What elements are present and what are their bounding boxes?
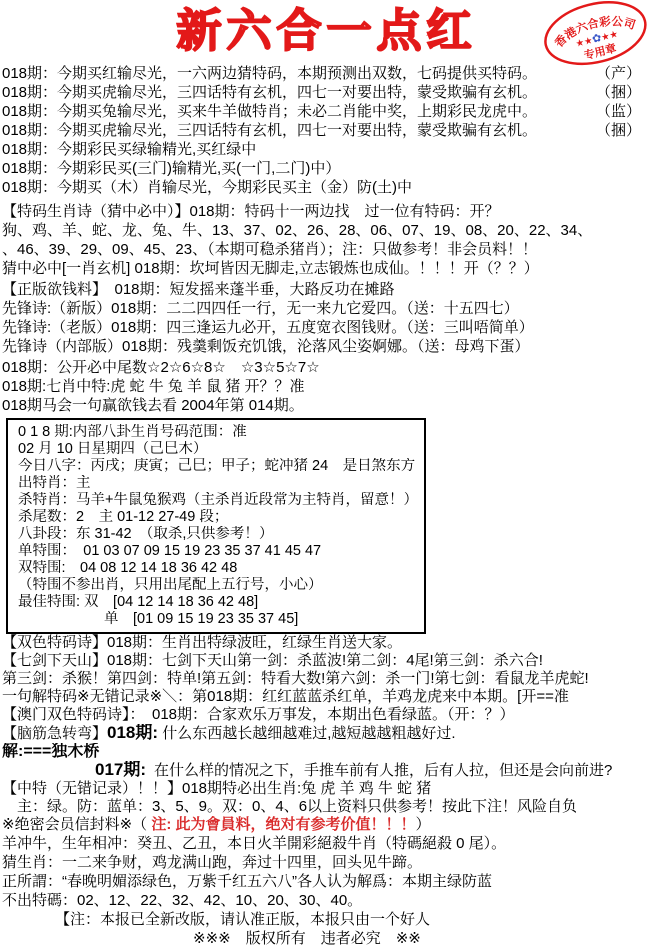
box-line: 最佳特围: 双 [04 12 14 18 36 42 48] <box>16 594 418 611</box>
text-line: 【中特（无错记录）！！】018期特必出生肖:兔 虎 羊 鸡 牛 蛇 猪 <box>0 780 653 798</box>
question-17-line: 017期:在什么样的情况之下，手推车前有人推，后有人拉，但还是会向前进? <box>0 761 653 780</box>
text-line: 一句解特码※无错记录※＼：第018期：红红蓝蓝杀红单，羊鸡龙虎来中本期。[开==… <box>0 688 653 706</box>
box-line: 杀特肖：马羊+牛鼠兔猴鸡（主杀肖近段常为主特肖，留意！） <box>16 492 418 509</box>
text-line: 018期马会一句赢欲钱去看 2004年第 014期。 <box>0 396 653 415</box>
brain-teaser-line: 【脑筋急转弯】018期: 什么东西越长越细越难过,越短越越粗越好过. <box>0 724 653 743</box>
box-line: 0 1 8 期:内部八卦生肖号码范围：准 <box>16 424 418 441</box>
text-line: 【正版欲钱料】 018期：短发摇来蓬半垂，大路反功在摊路 <box>0 280 653 299</box>
bagua-info-box: 0 1 8 期:内部八卦生肖号码范围：准 02 月 10 日星期四（己巳木） 今… <box>6 418 426 634</box>
box-line: 单 [01 09 15 19 23 35 37 45] <box>16 611 418 628</box>
answer-line: 解:===独木桥 <box>0 743 653 761</box>
zodiac-section: 羊冲牛，生年相冲：癸丑、乙丑，本日火羊開彩絕殺牛肖（特碼絕殺 0 尾）。 猜生肖… <box>0 834 653 948</box>
newspaper-page: 新六合一点红 香港六合彩公司 ★★✿★★ 专用章 018期：今期买红输尽光，一六… <box>0 0 653 951</box>
text-line: 018期：今期买（木）肖输尽光，今期彩民买主（金）防(土)中 <box>0 178 653 197</box>
q17-issue: 017期: <box>95 761 146 779</box>
tip-line: 018期：今期买兔输尽光，买来牛羊做特肖；未必二肖能中奖，上期彩民龙虎中。 （监… <box>0 102 653 121</box>
tip-text: 018期：今期买虎输尽光，三四话特有玄机，四七一对要出特，蒙受欺骗有玄机。 <box>2 83 537 102</box>
tip-line: 018期：今期买虎输尽光，三四话特有玄机，四七一对要出特，蒙受欺骗有玄机。 （捆… <box>0 121 653 140</box>
text-line: 主：绿。防：蓝单：3、5、9。双：0、4、6以上资料只供参考！按此下注！风险自负 <box>0 798 653 816</box>
text-line: 【七剑下天山】018期：七剑下天山第一剑：杀蓝波!第二剑：4尾!第三剑：杀六合! <box>0 652 653 670</box>
text-line: 018期：今期彩民买绿输精光,买红绿中 <box>0 140 653 159</box>
stars-right-icon: ★★ <box>600 29 619 44</box>
member-suffix: ） <box>415 816 430 833</box>
text-line: 先锋诗:（新版）018期：二二四四任一行，无一来九它爱四。（送：十五四七） <box>0 299 653 318</box>
text-line: 018期：今期彩民买(三门)输精光,买(一门,二门)中） <box>0 159 653 178</box>
tip-tag: （捆） <box>596 121 653 140</box>
text-line: 正所謂：“春晚明媚添绿色，万紫千红五六八”各人认为解爲：本期主绿防蓝 <box>0 872 653 891</box>
member-prefix: ※绝密会员信封料※（ <box>2 816 151 833</box>
tip-line: 018期：今期买虎输尽光，三四话特有玄机，四七一对要出特，蒙受欺骗有玄机。 （捆… <box>0 83 653 102</box>
tip-text: 018期：今期买红输尽光，一六两边猜特码，本期预测出双数，七码提供买特码。 <box>2 64 537 83</box>
text-line: 【双色特码诗】018期：生肖出特绿波旺，红绿生肖送大家。 <box>0 634 653 652</box>
brain-text: 什么东西越长越细越难过,越短越越粗越好过. <box>158 725 456 742</box>
box-line: （特围不参出肖，只用出尾配上五行号，小心） <box>16 577 418 594</box>
box-line: 杀尾数：2 主 01-12 27-49 段； <box>16 509 418 526</box>
box-line: 八卦段：东 31-42 （取杀,只供参考！） <box>16 526 418 543</box>
q17-text: 在什么样的情况之下，手推车前有人推，后有人拉，但还是会向前进? <box>154 762 612 779</box>
brain-issue: 018期: <box>107 724 158 742</box>
tip-text: 018期：今期买虎输尽光，三四话特有玄机，四七一对要出特，蒙受欺骗有玄机。 <box>2 121 537 140</box>
text-line: 018期:七肖中特:虎 蛇 牛 兔 羊 鼠 猪 开？？准 <box>0 377 653 396</box>
text-line: 第三剑：杀猴！第四剑：特单!第五剑：特看大数!第六剑：杀一门!第七剑：看鼠龙羊虎… <box>0 670 653 688</box>
member-highlight: 注: 此为會員料，绝对有参考价值！！！ <box>151 816 415 833</box>
text-line: 【澳门双色特码诗】： 018期：合家欢乐万事发，本期出色看绿蓝。（开：？） <box>0 706 653 724</box>
member-material-line: ※绝密会员信封料※（ 注: 此为會員料，绝对有参考价值！！！） <box>0 816 653 834</box>
poems-section: 018期：今期彩民买绿输精光,买红绿中 018期：今期彩民买(三门)输精光,买(… <box>0 140 653 415</box>
header: 新六合一点红 香港六合彩公司 ★★✿★★ 专用章 <box>0 0 653 64</box>
footer-note: 【注：本报已全新改版，请认准正版，本报只由一个好人 <box>0 910 653 929</box>
text-line: 不出特碼：02、12、22、32、42、10、20、30、40。 <box>0 891 653 910</box>
text-line: 先锋诗:（老版）018期：四三逢运九必开，五度宽衣图钱财。（送：三叫唔简单） <box>0 318 653 337</box>
text-line: 猜中必中[一肖玄机] 018期：坎坷皆因无脚走,立志锻炼也成仙。！！！开（？？） <box>0 259 653 278</box>
text-line: 018期：公开必中尾数☆2☆6☆8☆ ☆3☆5☆7☆ <box>0 358 653 377</box>
text-line: 【特码生肖诗（猜中必中）】018期：特码十一两边找 过一位有特码：开？ <box>0 202 653 221</box>
sword-section: 【双色特码诗】018期：生肖出特绿波旺，红绿生肖送大家。 【七剑下天山】018期… <box>0 634 653 834</box>
tip-text: 018期：今期买兔输尽光，买来牛羊做特肖；未必二肖能中奖，上期彩民龙虎中。 <box>2 102 537 121</box>
text-line: 狗、鸡、羊、蛇、龙、兔、牛、13、37、02、26、28、06、07、19、08… <box>0 221 653 240</box>
box-line: 出特肖：主 <box>16 475 418 492</box>
footer-copyright: ※※※ 版权所有 违者必究 ※※ <box>0 929 653 948</box>
text-line: 猜生肖：一二来争财，鸡龙满山跑，奔过十四里，回头见牛蹄。 <box>0 853 653 872</box>
box-line: 今日八字：丙戌；庚寅；己巳；甲子；蛇冲猪 24 是日煞东方 <box>16 458 418 475</box>
tip-tag: （捆） <box>596 83 653 102</box>
text-line: 、46、39、29、09、45、23、（本期可稳杀猪肖）；注：只做参考！非会员料… <box>0 240 653 259</box>
box-line: 单特围： 01 03 07 09 15 19 23 35 37 41 45 47 <box>16 543 418 560</box>
tip-tag: （监） <box>596 102 653 121</box>
box-line: 02 月 10 日星期四（己巳木） <box>16 441 418 458</box>
text-line: 羊冲牛，生年相冲：癸丑、乙丑，本日火羊開彩絕殺牛肖（特碼絕殺 0 尾）。 <box>0 834 653 853</box>
brain-label: 【脑筋急转弯】 <box>2 725 107 742</box>
text-line: 先锋诗（内部版）018期：残羹剩饭充饥饿，沦落风尘姿婀娜。（送：母鸡下蛋） <box>0 337 653 356</box>
box-line: 双特围: 04 08 12 14 18 36 42 48 <box>16 560 418 577</box>
